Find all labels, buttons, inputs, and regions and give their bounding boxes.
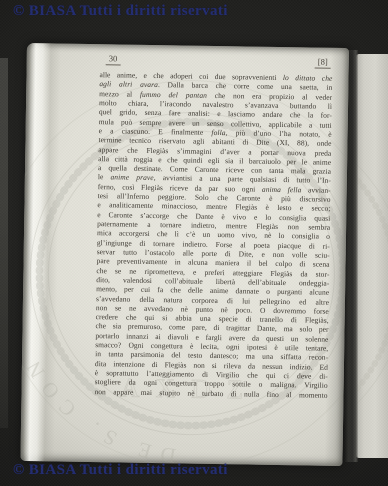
watermark-top: © BIASA Tutti i diritti riservati <box>13 3 373 20</box>
scanned-book-photo: DE S. CON AXDZ 30 [8] alle anime, e che … <box>0 0 388 486</box>
issue-number: [8] <box>315 57 331 69</box>
page-header: 30 [8] <box>100 53 333 71</box>
watermark-bottom: © BIASA Tutti i diritti riservati <box>13 462 373 479</box>
page-stack-edge <box>356 54 388 458</box>
scanned-page: DE S. CON AXDZ 30 [8] alle anime, e che … <box>20 43 349 466</box>
page-number: 30 <box>106 53 121 65</box>
body-text: alle anime, e che adoperi coi due soprav… <box>94 70 332 400</box>
book-left-edge <box>0 58 8 428</box>
stamp-fragment-right <box>356 54 388 458</box>
